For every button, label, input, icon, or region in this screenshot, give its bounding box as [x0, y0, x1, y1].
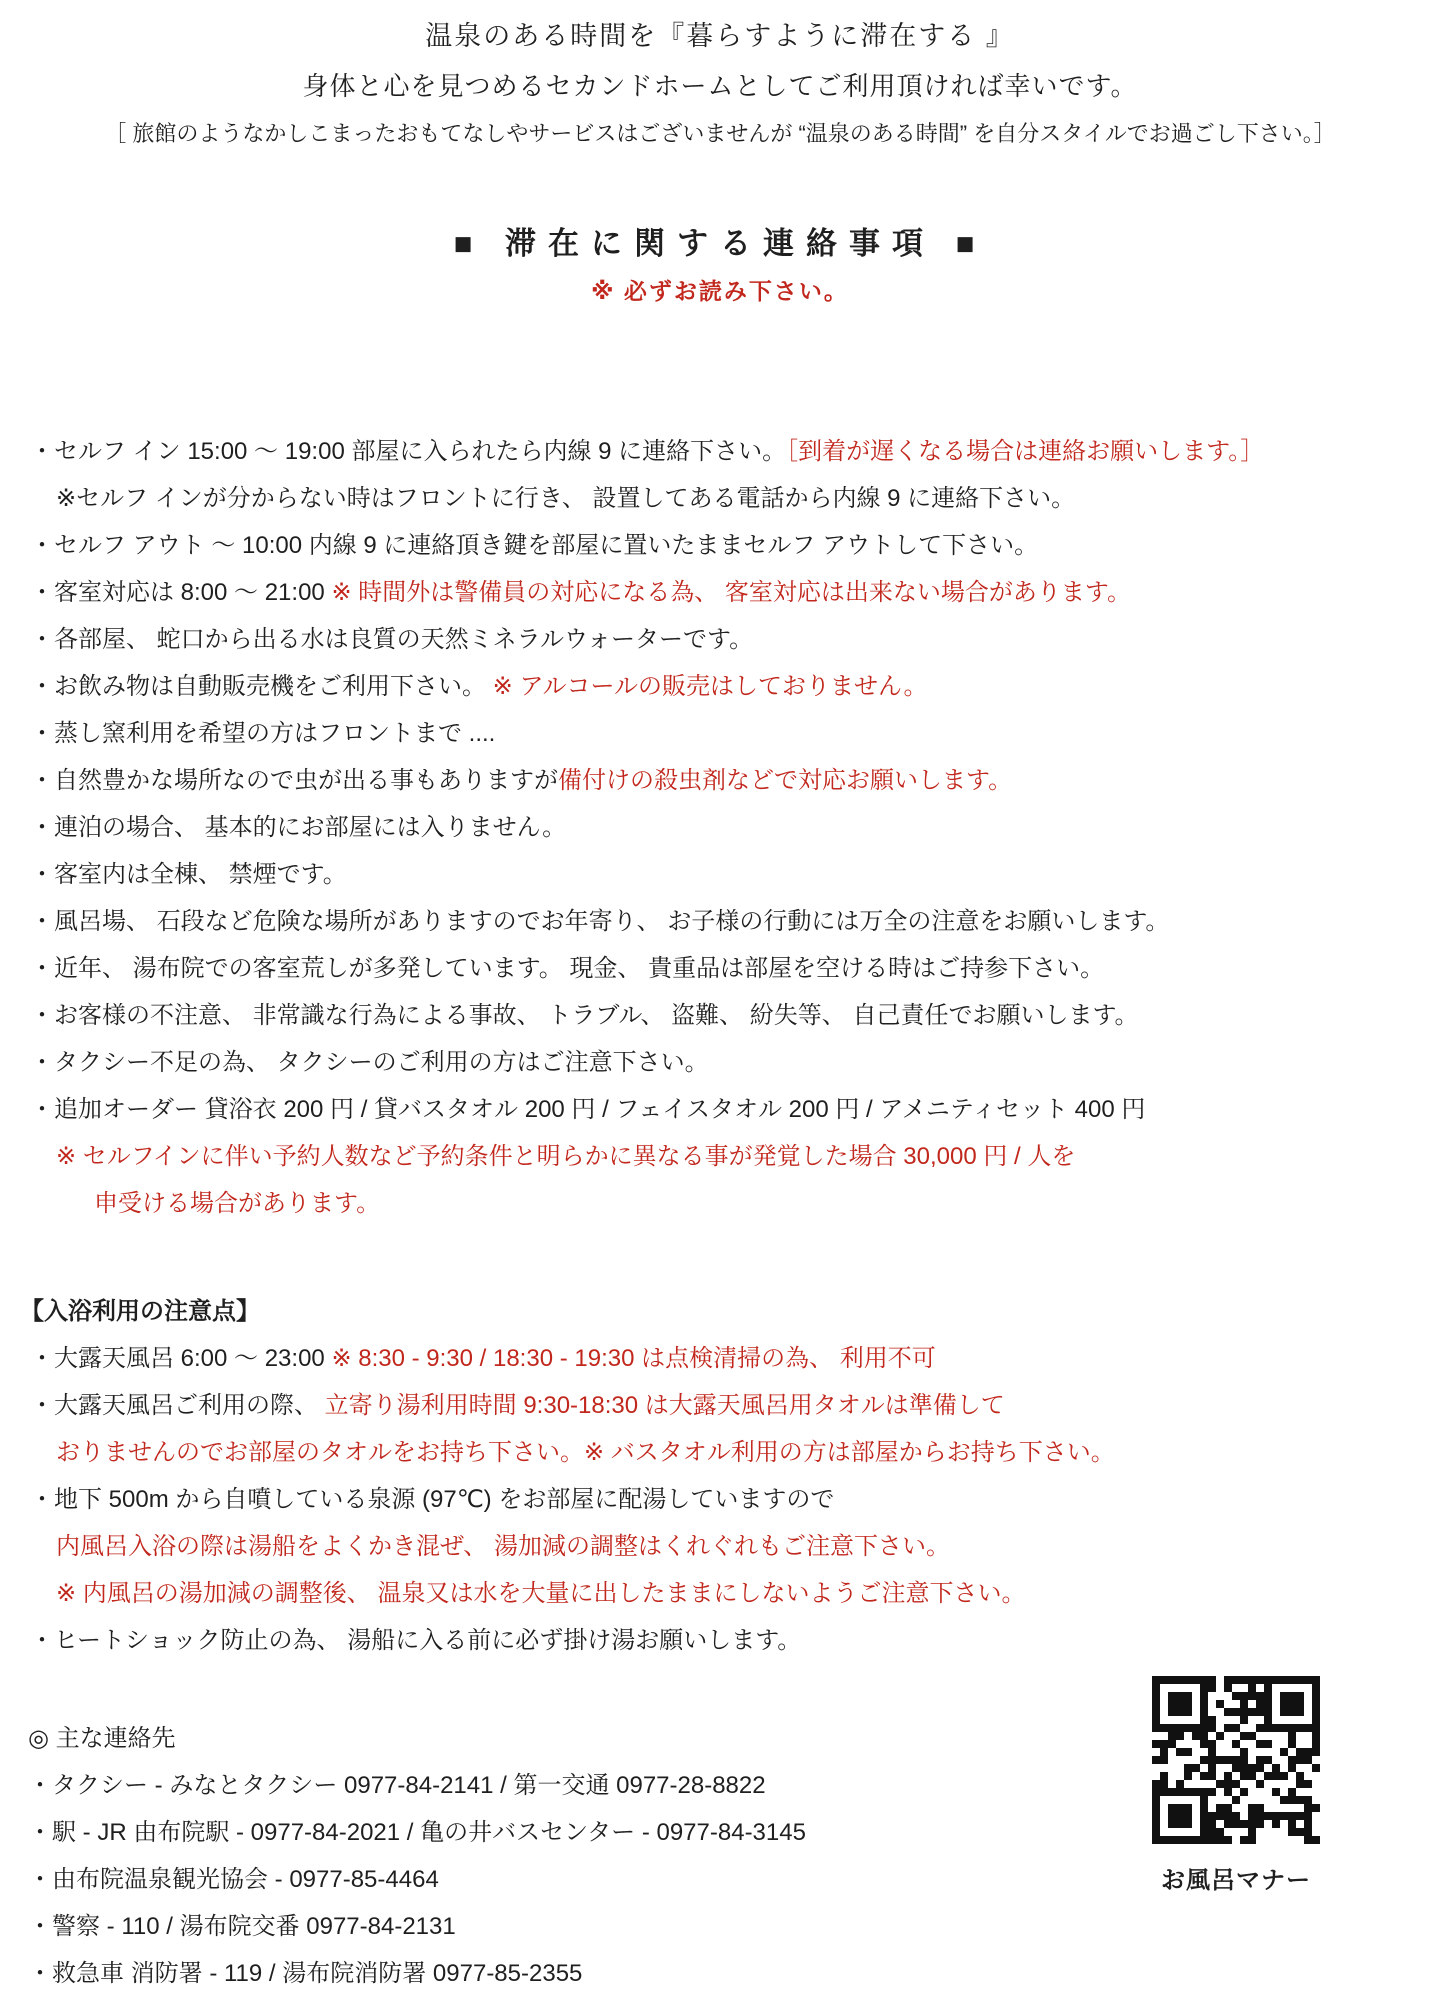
notice-room-service-hours: ・客室対応は 8:00 ～ 21:00 ※ 時間外は警備員の対応になる為、 客室…	[30, 569, 1440, 616]
notice-self-responsibility: ・お客様の不注意、 非常識な行為による事故、 トラブル、 盗難、 紛失等、 自己…	[30, 992, 1440, 1039]
notice-self-checkin: ・セルフ イン 15:00 ～ 19:00 部屋に入られたら内線 9 に連絡下さ…	[30, 428, 1440, 475]
bath-section: 【入浴利用の注意点】 ・大露天風呂 6:00 ～ 23:00 ※ 8:30 - …	[0, 1288, 1440, 1664]
tagline-sub: 身体と心を見つめるセカンドホームとしてご利用頂ければ幸いです。	[0, 66, 1440, 103]
qr-block: お風呂マナー	[1150, 1676, 1322, 1895]
section-header: ■ 滞在に関する連絡事項 ■ ※ 必ずお読み下さい。	[0, 218, 1440, 306]
tagline-note: ［ 旅館のようなかしこまったおもてなしやサービスはございませんが “温泉のある時…	[0, 117, 1440, 148]
bath-heat-shock: ・ヒートショック防止の為、 湯船に入る前に必ず掛け湯お願いします。	[30, 1617, 1440, 1664]
document-page: 温泉のある時間を『暮らすように滞在する 』 身体と心を見つめるセカンドホームとし…	[0, 0, 1440, 2004]
bath-dont-leave-running: ※ 内風呂の湯加減の調整後、 温泉又は水を大量に出したままにしないようご注意下さ…	[30, 1570, 1440, 1617]
notice-taxi-shortage: ・タクシー不足の為、 タクシーのご利用の方はご注意下さい。	[30, 1039, 1440, 1086]
must-read-note: ※ 必ずお読み下さい。	[0, 273, 1440, 306]
notice-insects: ・自然豊かな場所なので虫が出る事もありますが備付けの殺虫剤などで対応お願いします…	[30, 757, 1440, 804]
notice-list: ・セルフ イン 15:00 ～ 19:00 部屋に入られたら内線 9 に連絡下さ…	[0, 428, 1440, 1227]
bath-section-title: 【入浴利用の注意点】	[20, 1288, 1440, 1335]
bath-towel-1: ・大露天風呂ご利用の際、 立寄り湯利用時間 9:30-18:30 は大露天風呂用…	[30, 1382, 1440, 1429]
bath-mix-water: 内風呂入浴の際は湯船をよくかき混ぜ、 湯加減の調整はくれぐれもご注意下さい。	[30, 1523, 1440, 1570]
notice-theft-warning: ・近年、 湯布院での客室荒しが多発しています。 現金、 貴重品は部屋を空ける時は…	[30, 945, 1440, 992]
bath-towel-2: おりませんのでお部屋のタオルをお持ち下さい。※ バスタオル利用の方は部屋からお持…	[30, 1429, 1440, 1476]
document-header: 温泉のある時間を『暮らすように滞在する 』 身体と心を見つめるセカンドホームとし…	[0, 0, 1440, 148]
bath-open-hours: ・大露天風呂 6:00 ～ 23:00 ※ 8:30 - 9:30 / 18:3…	[30, 1335, 1440, 1382]
section-title: ■ 滞在に関する連絡事項 ■	[0, 218, 1440, 263]
qr-code	[1152, 1676, 1320, 1844]
notice-consecutive-stay: ・連泊の場合、 基本的にお部屋には入りません。	[30, 804, 1440, 851]
notice-tap-water: ・各部屋、 蛇口から出る水は良質の天然ミネラルウォーターです。	[30, 616, 1440, 663]
notice-vending-machine: ・お飲み物は自動販売機をご利用下さい。 ※ アルコールの販売はしておりません。	[30, 663, 1440, 710]
qr-caption: お風呂マナー	[1150, 1860, 1322, 1895]
notice-danger-areas: ・風呂場、 石段など危険な場所がありますのでお年寄り、 お子様の行動には万全の注…	[30, 898, 1440, 945]
notice-penalty-1: ※ セルフインに伴い予約人数など予約条件と明らかに異なる事が発覚した場合 30,…	[30, 1133, 1440, 1180]
notice-no-smoking: ・客室内は全棟、 禁煙です。	[30, 851, 1440, 898]
notice-steam-oven: ・蒸し窯利用を希望の方はフロントまで ....	[30, 710, 1440, 757]
tagline-main: 温泉のある時間を『暮らすように滞在する 』	[0, 14, 1440, 53]
contact-police: ・警察 - 110 / 湯布院交番 0977-84-2131	[28, 1903, 1440, 1950]
contact-fire: ・救急車 消防署 - 119 / 湯布院消防署 0977-85-2355	[28, 1950, 1440, 1997]
notice-extra-order: ・追加オーダー 貸浴衣 200 円 / 貸バスタオル 200 円 / フェイスタ…	[30, 1086, 1440, 1133]
bath-spring-source: ・地下 500m から自噴している泉源 (97℃) をお部屋に配湯していますので	[30, 1476, 1440, 1523]
notice-self-checkout: ・セルフ アウト ～ 10:00 内線 9 に連絡頂き鍵を部屋に置いたままセルフ…	[30, 522, 1440, 569]
notice-penalty-2: 申受ける場合があります。	[30, 1180, 1440, 1227]
bath-notice-list: ・大露天風呂 6:00 ～ 23:00 ※ 8:30 - 9:30 / 18:3…	[20, 1335, 1440, 1664]
notice-self-checkin-help: ※セルフ インが分からない時はフロントに行き、 設置してある電話から内線 9 に…	[30, 475, 1440, 522]
